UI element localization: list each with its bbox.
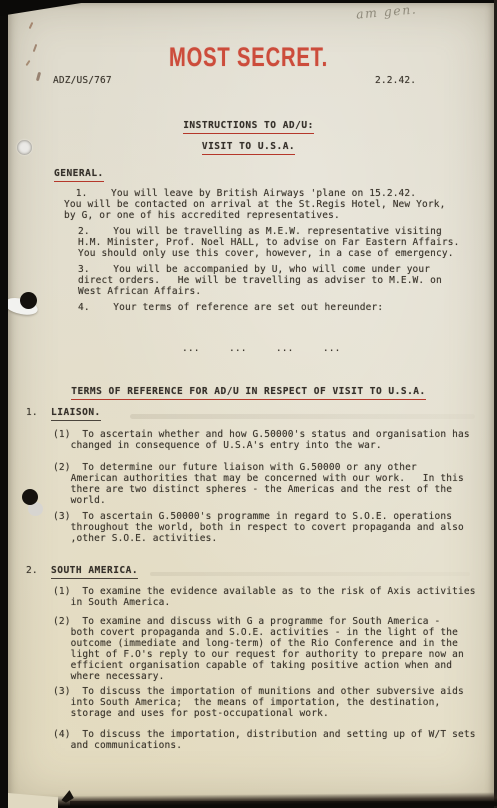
photo-edge-bottom: [58, 792, 497, 808]
section-2-item-2: (2) To examine and discuss with G a prog…: [53, 616, 464, 682]
document-title: INSTRUCTIONS TO AD/U:: [0, 120, 497, 131]
section-2-item-1: (1) To examine the evidence available as…: [53, 586, 476, 608]
reference-number: ADZ/US/767: [53, 75, 112, 86]
section-1-item-1: (1) To ascertain whether and how G.50000…: [53, 429, 470, 451]
punch-hole: [22, 489, 38, 505]
section-1-heading: LIAISON.: [51, 407, 101, 418]
section-2-number: 2.: [26, 565, 38, 576]
paragraph-1: 1. You will leave by British Airways 'pl…: [64, 188, 446, 221]
separator-dots: ... ... ... ...: [182, 343, 340, 354]
photo-edge-left: [0, 0, 8, 808]
section-1-item-3: (3) To ascertain G.50000's programme in …: [53, 511, 464, 544]
paragraph-4: 4. Your terms of reference are set out h…: [78, 302, 383, 313]
section-2-heading: SOUTH AMERICA.: [51, 565, 138, 576]
section-2-item-3: (3) To discuss the importation of muniti…: [53, 686, 464, 719]
section-1-number: 1.: [26, 407, 38, 418]
document-subtitle: VISIT TO U.S.A.: [0, 141, 497, 152]
paragraph-2: 2. You will be travelling as M.E.W. repr…: [78, 226, 460, 259]
scanned-document-page: am gen. MOST SECRET. ADZ/US/767 2.2.42. …: [0, 0, 497, 808]
section-1-item-2: (2) To determine our future liaison with…: [53, 462, 464, 506]
document-date: 2.2.42.: [375, 75, 416, 86]
section-2-item-4: (4) To discuss the importation, distribu…: [53, 729, 476, 751]
most-secret-stamp: MOST SECRET.: [40, 42, 457, 73]
punch-hole: [20, 292, 37, 309]
terms-heading: TERMS OF REFERENCE FOR AD/U IN RESPECT O…: [0, 386, 497, 397]
paragraph-3: 3. You will be accompanied by U, who wil…: [78, 264, 442, 297]
general-heading: GENERAL.: [54, 168, 104, 179]
